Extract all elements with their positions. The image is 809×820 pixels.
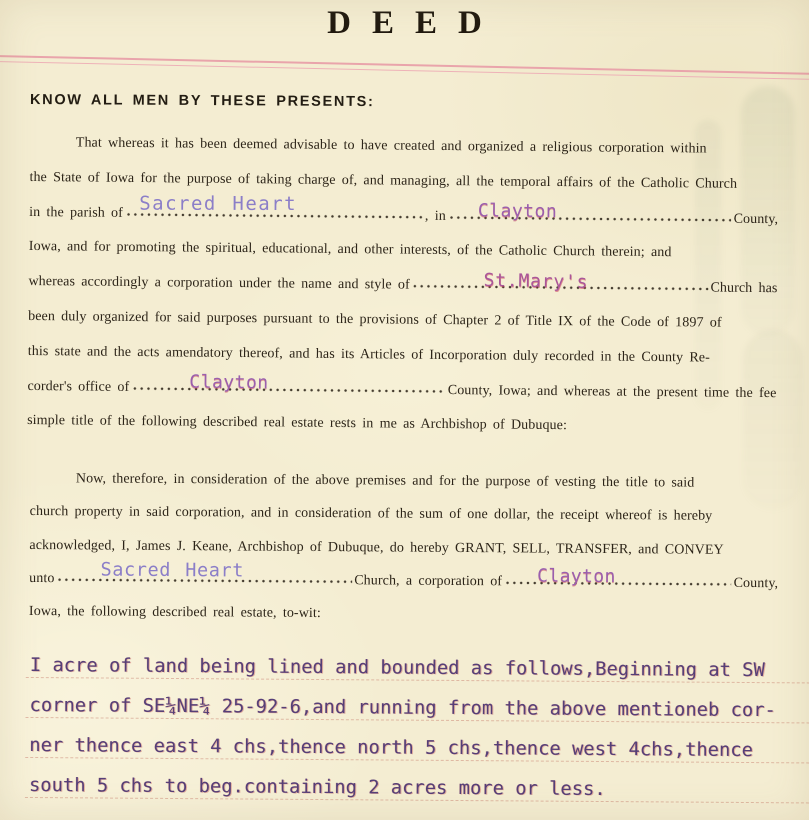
typed-entry-parish: Sacred Heart xyxy=(139,194,297,213)
text-line: Now, therefore, in consideration of the … xyxy=(30,462,779,501)
text-line: this state and the acts amendatory there… xyxy=(28,335,777,377)
text-line: church property in said corporation, and… xyxy=(30,495,779,534)
dotted-blank-parish: Sacred Heart xyxy=(125,205,423,220)
text-segment: County, xyxy=(733,202,778,237)
paragraph-whereas: That whereas it has been deemed advisabl… xyxy=(27,126,779,446)
dotted-blank-grantee-county: Clayton xyxy=(504,573,732,587)
legal-description-line: south 5 chs to beg.containing 2 acres mo… xyxy=(29,766,793,811)
text-segment: corder's office of xyxy=(27,370,129,406)
opening-declaration: KNOW ALL MEN BY THESE PRESENTS: xyxy=(30,92,375,110)
form-line-grantee: unto Sacred Heart Church, a corporation … xyxy=(29,562,778,601)
text-segment: , in xyxy=(425,199,446,234)
typed-entry-grantee-county: Clayton xyxy=(537,567,616,586)
text-line: Iowa, the following described real estat… xyxy=(29,595,778,634)
dotted-blank-county: Clayton xyxy=(448,208,732,223)
document-title: DEED xyxy=(0,5,809,42)
text-segment: unto xyxy=(29,562,55,595)
text-segment: in the parish of xyxy=(29,196,123,232)
paragraph-grant: Now, therefore, in consideration of the … xyxy=(29,462,779,634)
typed-entry-recorder-county: Clayton xyxy=(189,373,269,392)
legal-description-line: I acre of land being lined and bounded a… xyxy=(30,646,794,691)
text-segment: whereas accordingly a corporation under … xyxy=(28,265,410,303)
double-pink-rule xyxy=(0,55,809,80)
typed-entry-county: Clayton xyxy=(478,202,558,221)
legal-description-line: ner thence east 4 chs,thence north 5 chs… xyxy=(29,726,793,771)
text-segment: Church has xyxy=(710,272,777,307)
dotted-blank-recorder-county: Clayton xyxy=(131,379,446,394)
text-segment: County, xyxy=(734,567,779,601)
text-segment: County, Iowa; and whereas at the present… xyxy=(448,374,777,412)
typed-entry-corporation-name: St.Mary's xyxy=(484,272,589,292)
deed-document-page: DEED KNOW ALL MEN BY THESE PRESENTS: Tha… xyxy=(0,0,809,820)
typed-legal-description: I acre of land being lined and bounded a… xyxy=(29,646,794,811)
text-line: simple title of the following described … xyxy=(27,404,776,446)
legal-description-line: corner of SE¼NE¼ 25-92-6,and running fro… xyxy=(29,686,793,731)
dotted-blank-corporation-name: St.Mary's xyxy=(412,277,709,292)
typed-entry-grantee: Sacred Heart xyxy=(100,562,244,582)
text-segment: Church, a corporation of xyxy=(354,564,502,598)
dotted-blank-grantee: Sacred Heart xyxy=(56,570,352,584)
